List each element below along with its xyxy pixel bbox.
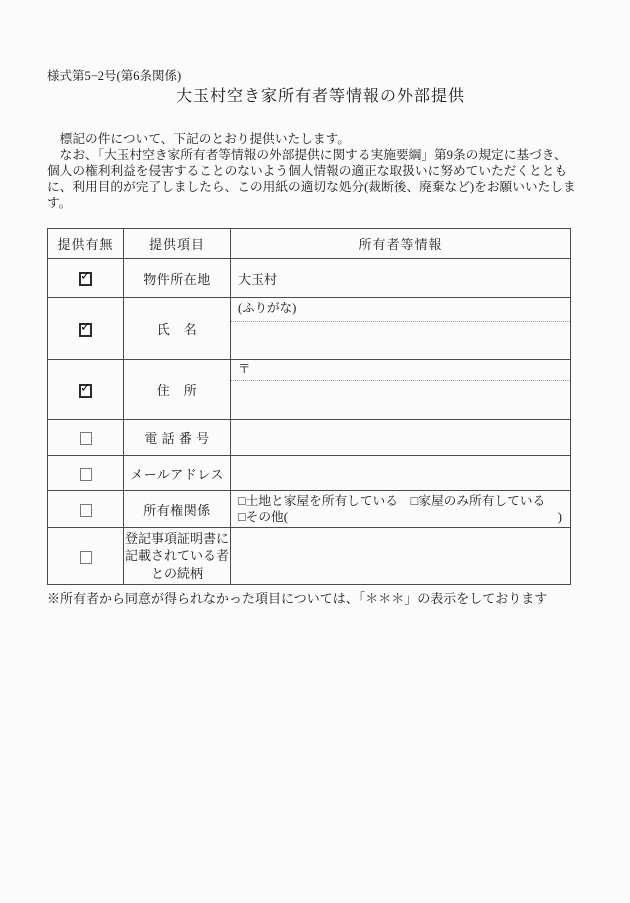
checkbox-name: ✓ <box>79 323 92 337</box>
col-header-provided: 提供有無 <box>48 229 124 259</box>
intro-line: なお、「大玉村空き家所有者等情報の外部提供に関する実施要綱」第9条の規定に基づき… <box>47 147 570 163</box>
table-row-address: ✓ 住 所 〒 <box>48 360 571 420</box>
table-row-registry-relation: ✓ 登記事項証明書に 記載されている者 との続柄 <box>48 528 571 585</box>
checkbox-ownership: ✓ <box>80 504 92 517</box>
ownership-other-open: □その他( <box>238 509 288 525</box>
registry-relation-label-line: 記載されている者 <box>124 547 230 565</box>
table-row-ownership: ✓ 所有権関係 □土地と家屋を所有している □家屋のみ所有している □その他( … <box>48 491 571 528</box>
table-header-row: 提供有無 提供項目 所有者等情報 <box>48 229 571 259</box>
row-label-phone: 電 話 番 号 <box>124 420 231 456</box>
registry-relation-blank-field <box>231 528 571 585</box>
ownership-options-line1: □土地と家屋を所有している □家屋のみ所有している <box>238 493 562 509</box>
table-row-name: ✓ 氏 名 (ふりがな) <box>48 298 571 360</box>
intro-line: す。 <box>47 195 570 211</box>
email-blank-field <box>231 456 571 491</box>
ownership-option-other: □その他( ) <box>238 509 562 525</box>
check-icon: ✓ <box>80 321 91 335</box>
row-label-ownership: 所有権関係 <box>124 491 231 528</box>
intro-paragraph: 標記の件について、下記のとおり提供いたします。 なお、「大玉村空き家所有者等情報… <box>47 131 570 211</box>
provision-table: 提供有無 提供項目 所有者等情報 ✓ 物件所在地 大玉村 ✓ 氏 名 (ふりがな… <box>47 228 571 585</box>
document-page: 様式第5−2号(第6条関係) 大玉村空き家所有者等情報の外部提供 標記の件につい… <box>47 0 570 607</box>
checkbox-phone: ✓ <box>80 432 92 445</box>
col-header-owner-info: 所有者等情報 <box>231 229 571 259</box>
row-label-property-location: 物件所在地 <box>124 259 231 298</box>
row-label-name: 氏 名 <box>124 298 231 360</box>
document-title: 大玉村空き家所有者等情報の外部提供 <box>47 87 570 107</box>
ownership-other-close: ) <box>558 509 562 525</box>
postal-mark: 〒 <box>231 360 570 381</box>
intro-line: 標記の件について、下記のとおり提供いたします。 <box>47 131 570 147</box>
row-value-property-location: 大玉村 <box>231 259 571 298</box>
footnote: ※所有者から同意が得られなかった項目については、「＊＊＊」の表示をしております <box>47 591 570 607</box>
row-label-email: メールアドレス <box>124 456 231 491</box>
table-row-email: ✓ メールアドレス <box>48 456 571 491</box>
table-row-phone: ✓ 電 話 番 号 <box>48 420 571 456</box>
row-label-address: 住 所 <box>124 360 231 420</box>
registry-relation-label-line: との続柄 <box>124 565 230 583</box>
furigana-label: (ふりがな) <box>231 298 570 322</box>
check-icon: ✓ <box>80 382 91 396</box>
col-header-item: 提供項目 <box>124 229 231 259</box>
checkbox-property-location: ✓ <box>79 272 92 286</box>
checkbox-address: ✓ <box>79 384 92 398</box>
table-row-property-location: ✓ 物件所在地 大玉村 <box>48 259 571 298</box>
intro-line: に、利用目的が完了しましたら、この用紙の適切な処分(裁断後、廃棄など)をお願いい… <box>47 179 570 195</box>
phone-blank-field <box>231 420 571 456</box>
checkbox-registry-relation: ✓ <box>80 551 92 564</box>
checkbox-email: ✓ <box>80 468 92 481</box>
check-icon: ✓ <box>80 270 91 284</box>
intro-line: 個人の権利利益を侵害することのないよう個人情報の適正な取扱いに努めていただくとと… <box>47 163 570 179</box>
form-number: 様式第5−2号(第6条関係) <box>47 69 570 84</box>
registry-relation-label-line: 登記事項証明書に <box>124 530 230 548</box>
